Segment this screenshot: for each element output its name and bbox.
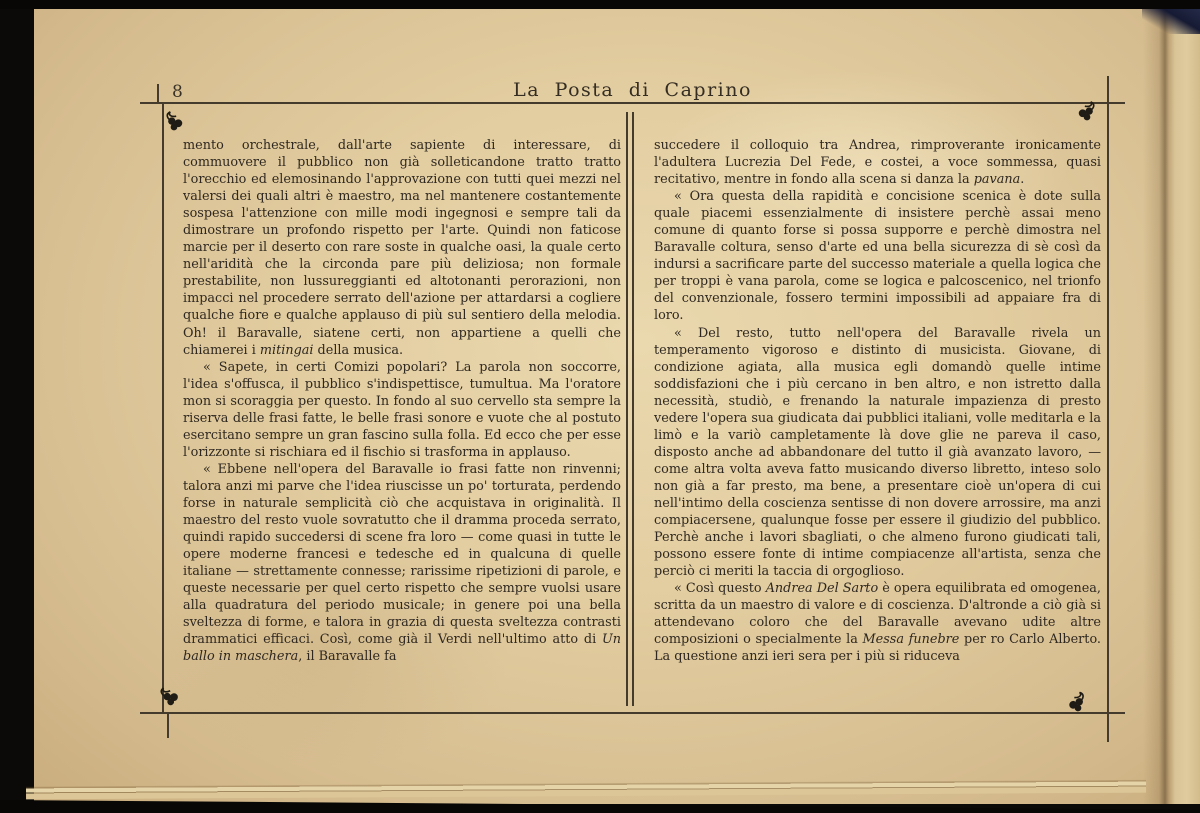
column-divider-rule	[626, 112, 628, 706]
page-edges-left	[0, 9, 38, 804]
page-title: La Posta di Caprino	[140, 79, 1125, 101]
header-rule	[140, 102, 1125, 104]
frame-tick	[1107, 714, 1109, 742]
paragraph: « Così questo Andrea Del Sarto è opera e…	[654, 580, 1101, 665]
page-edge-right	[1125, 9, 1200, 804]
paragraph: « Ebbene nell'opera del Baravalle io fra…	[183, 461, 621, 666]
photo-border-top	[0, 0, 1200, 9]
frame-left-rule	[162, 103, 164, 712]
paragraph: succedere il colloquio tra Andrea, rimpr…	[654, 137, 1101, 188]
footer-rule	[140, 712, 1125, 714]
scanned-book-photo: 8 La Posta di Caprino mento orchestrale,…	[0, 0, 1200, 813]
paragraph: « Del resto, tutto nell'opera del Barava…	[654, 325, 1101, 581]
paragraph: « Ora questa della rapidità e concisione…	[654, 188, 1101, 324]
corner-ornament-icon	[1062, 686, 1091, 715]
corner-ornament-icon	[161, 107, 187, 133]
left-column: mento orchestrale, dall'arte sapiente di…	[183, 137, 621, 665]
column-divider-rule	[632, 112, 634, 706]
right-column: succedere il colloquio tra Andrea, rimpr…	[654, 137, 1101, 665]
corner-ornament-icon	[1074, 97, 1100, 123]
frame-right-rule	[1107, 103, 1109, 712]
paragraph: mento orchestrale, dall'arte sapiente di…	[183, 137, 621, 359]
frame-tick	[167, 714, 169, 738]
paragraph: « Sapete, in certi Comizi popolari? La p…	[183, 359, 621, 461]
